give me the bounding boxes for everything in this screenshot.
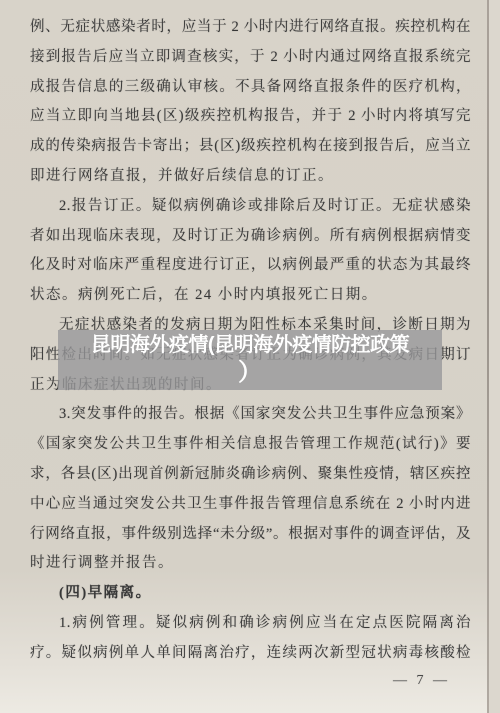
overlay-title-line1: 昆明海外疫情(昆明海外疫情防控政策 bbox=[58, 330, 442, 358]
document-line: 接到报告后应当立即调查核实，于 2 小时内通过网络直报系统完 bbox=[30, 43, 471, 73]
document-line: 成报告信息的三级确认审核。不具备网络直报条件的医疗机构， bbox=[30, 73, 471, 103]
document-line: 行网络直报，事件级别选择“未分级”。根据对事件的调查评估，及 bbox=[30, 520, 471, 550]
page-fold-line bbox=[487, 0, 489, 713]
overlay-title-line2: ） bbox=[58, 358, 442, 388]
document-line: 即进行网络直报，并做好后续信息的订正。 bbox=[30, 162, 471, 192]
document-line: 例、无症状感染者时，应当于 2 小时内进行网络直报。疾控机构在 bbox=[30, 13, 471, 43]
scanned-document-page: 例、无症状感染者时，应当于 2 小时内进行网络直报。疾控机构在接到报告后应当立即… bbox=[0, 0, 500, 713]
document-line: 疗。疑似病例单人单间隔离治疗，连续两次新型冠状病毒核酸检 bbox=[30, 639, 471, 669]
document-line: 者如出现临床表现，及时订正为确诊病例。所有病例根据病情变 bbox=[30, 222, 471, 252]
document-line: 《国家突发公共卫生事件相关信息报告管理工作规范(试行)》要 bbox=[30, 430, 471, 460]
document-line: 成的传染病报告卡寄出；县(区)级疾控机构在接到报告后，应当立 bbox=[30, 132, 471, 162]
page-number: — 7 — bbox=[393, 671, 450, 691]
document-line: 时进行调整并报告。 bbox=[30, 549, 471, 579]
document-line: 中心应当通过突发公共卫生事件报告管理信息系统在 2 小时内进 bbox=[30, 490, 471, 520]
document-line: 状态。病例死亡后，在 24 小时内填报死亡日期。 bbox=[30, 281, 471, 311]
page-edge-strip bbox=[489, 0, 500, 713]
document-line: (四)早隔离。 bbox=[30, 579, 471, 609]
document-line: 应当立即向当地县(区)级疾控机构报告，并于 2 小时内将填写完 bbox=[30, 102, 471, 132]
document-line: 1.病例管理。疑似病例和确诊病例应当在定点医院隔离治 bbox=[30, 609, 471, 639]
document-line: 2.报告订正。疑似病例确诊或排除后及时订正。无症状感染 bbox=[30, 192, 471, 222]
document-line: 3.突发事件的报告。根据《国家突发公共卫生事件应急预案》 bbox=[30, 400, 471, 430]
document-line: 化及时对临床严重程度进行订正，以病例最严重的状态为其最终 bbox=[30, 251, 471, 281]
document-line: 求，各县(区)出现首例新冠肺炎确诊病例、聚集性疫情，辖区疾控 bbox=[30, 460, 471, 490]
title-overlay-banner: 昆明海外疫情(昆明海外疫情防控政策 ） bbox=[58, 330, 442, 390]
